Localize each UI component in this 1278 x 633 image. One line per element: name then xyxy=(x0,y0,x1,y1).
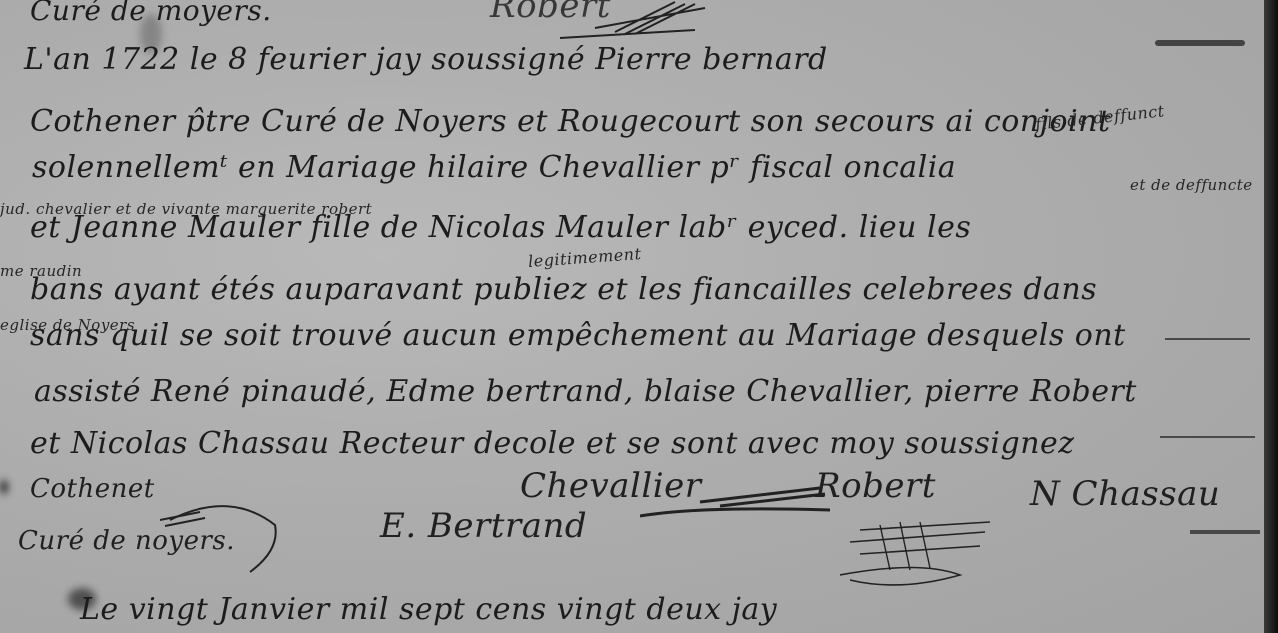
page-edge xyxy=(1264,0,1278,633)
interlinear-note-3: et de deffuncte xyxy=(1130,176,1253,194)
signature-bertrand: E. Bertrand xyxy=(380,506,587,546)
interlinear-note-4: legitimement xyxy=(527,244,642,271)
record-line-8: et Nicolas Chassau Recteur decole et se … xyxy=(30,426,1075,461)
signature-flourish xyxy=(840,520,1010,600)
record-line-1: L'an 1722 le 8 feurier jay soussigné Pie… xyxy=(24,42,828,77)
signature-robert: Robert xyxy=(815,466,936,506)
manuscript-page: Curé de moyers. Robert L'an 1722 le 8 fe… xyxy=(0,0,1278,633)
header-fragment-left: Curé de moyers. xyxy=(30,0,272,27)
signature-cothenet: Cothenet xyxy=(30,474,155,504)
ink-stain xyxy=(0,480,8,494)
record-line-2: Cothener p̂tre Curé de Noyers et Rougeco… xyxy=(30,104,1111,139)
record-line-6: sans quil se soit trouvé aucun empêcheme… xyxy=(30,318,1126,353)
line-end-rule xyxy=(1165,338,1250,340)
record-line-4: et Jeanne Mauler fille de Nicolas Mauler… xyxy=(30,210,971,245)
signature-flourish xyxy=(640,480,840,525)
record-line-5: bans ayant étés auparavant publiez et le… xyxy=(30,272,1097,307)
signature-chassau: N Chassau xyxy=(1030,474,1220,514)
signature-flourish xyxy=(160,500,290,585)
line-end-rule xyxy=(1160,436,1255,438)
record-line-7: assisté René pinaudé, Edme bertrand, bla… xyxy=(34,374,1137,409)
next-entry-line: Le vingt Janvier mil sept cens vingt deu… xyxy=(80,592,777,627)
signature-dash xyxy=(1190,530,1260,534)
line-end-dash xyxy=(1155,40,1245,46)
record-line-3: solennellemᵗ en Mariage hilaire Chevalli… xyxy=(32,150,956,185)
